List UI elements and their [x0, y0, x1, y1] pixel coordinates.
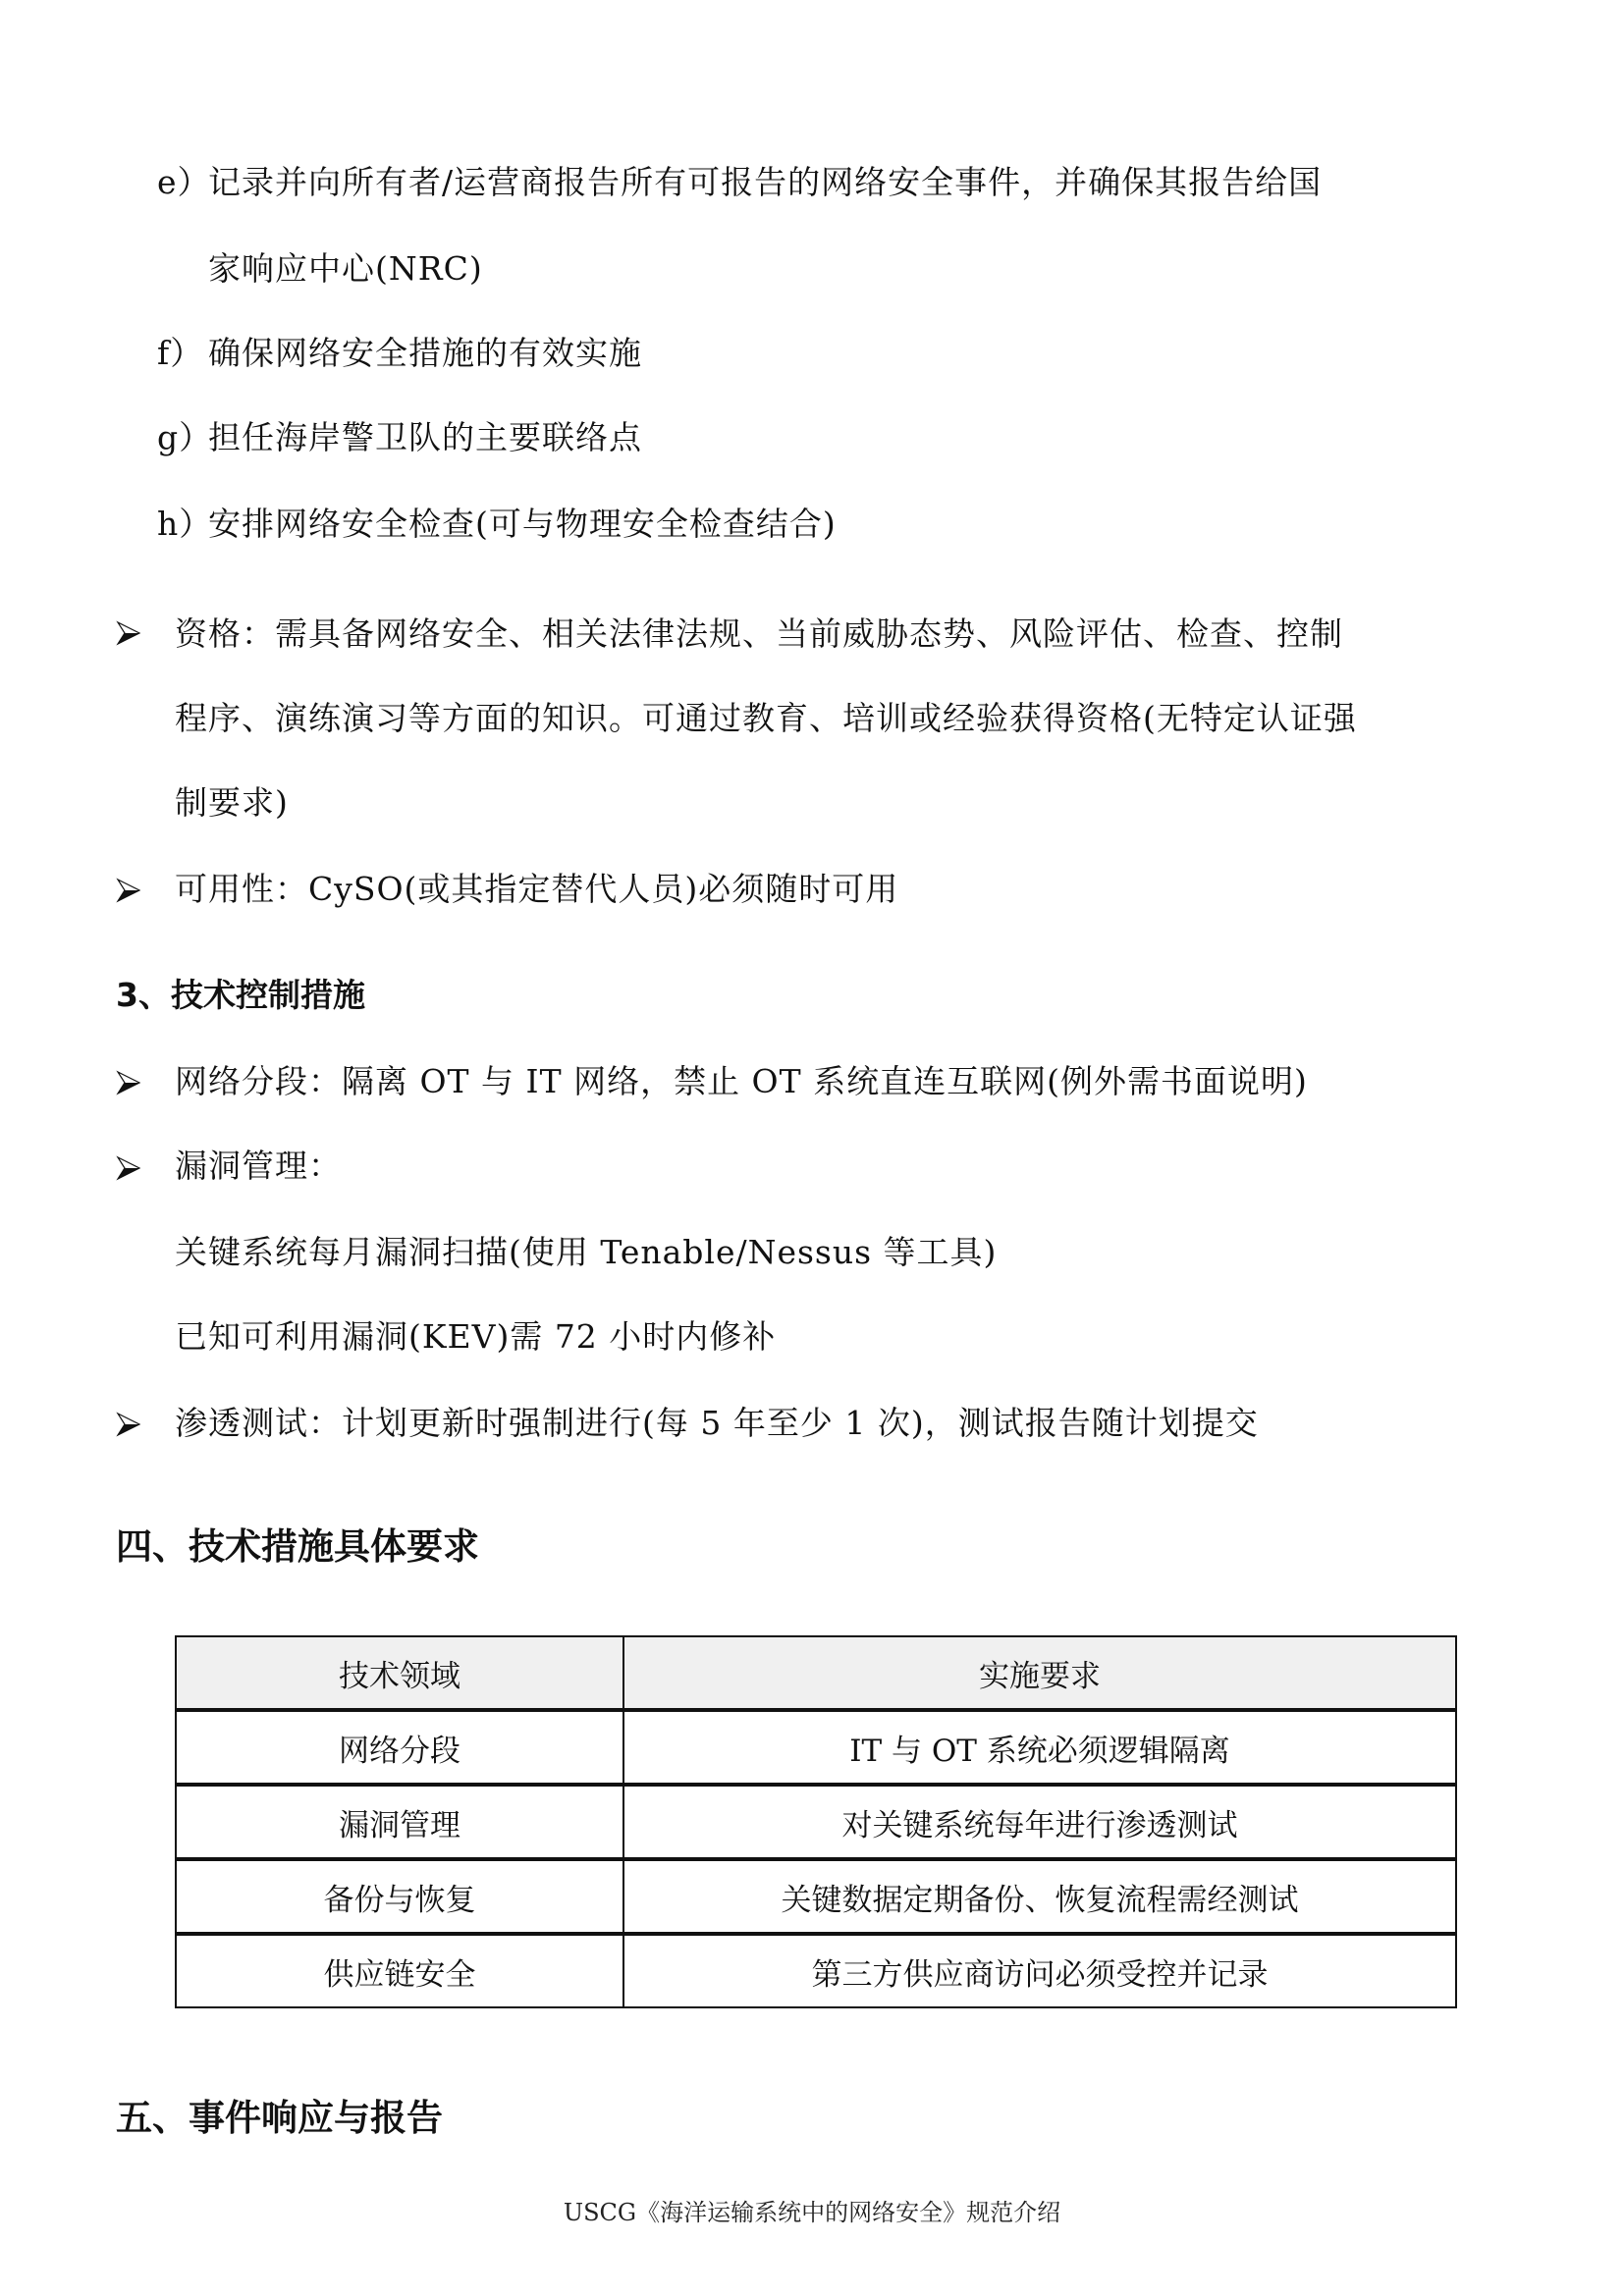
table-header-row: 技术领域 实施要求: [176, 1636, 1456, 1710]
arrow-bullet-icon: [116, 1412, 141, 1437]
sub-item-text: 记录并向所有者/运营商报告所有可报告的网络安全事件，并确保其报告给国: [208, 163, 1322, 201]
page-footer: USCG《海洋运输系统中的网络安全》规范介绍: [0, 2197, 1624, 2228]
section-5-heading: 五、事件响应与报告: [116, 2095, 443, 2142]
bullet-qualification-line-1: 资格：需具备网络安全、相关法律法规、当前威胁态势、风险评估、检查、控制: [175, 613, 1343, 656]
arrow-bullet-icon: [116, 620, 141, 646]
arrow-bullet-icon: [116, 878, 141, 903]
sub-item-h: h）安排网络安全检查(可与物理安全检查结合): [157, 503, 837, 546]
arrow-bullet-icon: [116, 1155, 141, 1181]
table-header-requirement: 实施要求: [623, 1636, 1456, 1710]
table-cell-requirement: IT 与 OT 系统必须逻辑隔离: [623, 1710, 1456, 1785]
requirements-table: 技术领域 实施要求 网络分段 IT 与 OT 系统必须逻辑隔离 漏洞管理 对关键…: [175, 1635, 1457, 2008]
sub-item-label: f）: [157, 332, 208, 375]
sub-item-label: e）: [157, 161, 208, 204]
section-3-heading: 3、技术控制措施: [116, 974, 365, 1017]
table-row: 漏洞管理 对关键系统每年进行渗透测试: [176, 1785, 1456, 1859]
bullet-qualification-line-2: 程序、演练演习等方面的知识。可通过教育、培训或经验获得资格(无特定认证强: [175, 697, 1357, 740]
sub-item-e: e）记录并向所有者/运营商报告所有可报告的网络安全事件，并确保其报告给国: [157, 161, 1322, 204]
table-cell-requirement: 对关键系统每年进行渗透测试: [623, 1785, 1456, 1859]
table-cell-domain: 供应链安全: [176, 1934, 623, 2007]
table-cell-domain: 网络分段: [176, 1710, 623, 1785]
sub-item-text: 安排网络安全检查(可与物理安全检查结合): [208, 505, 837, 543]
vuln-sub-line-1: 关键系统每月漏洞扫描(使用 Tenable/Nessus 等工具): [175, 1231, 997, 1274]
table-row: 供应链安全 第三方供应商访问必须受控并记录: [176, 1934, 1456, 2007]
table-row: 备份与恢复 关键数据定期备份、恢复流程需经测试: [176, 1859, 1456, 1934]
section-4-heading: 四、技术措施具体要求: [116, 1523, 479, 1571]
bullet-network-segmentation: 网络分段：隔离 OT 与 IT 网络，禁止 OT 系统直连互联网(例外需书面说明…: [175, 1060, 1308, 1103]
document-page: e）记录并向所有者/运营商报告所有可报告的网络安全事件，并确保其报告给国 家响应…: [0, 0, 1624, 2296]
table-row: 网络分段 IT 与 OT 系统必须逻辑隔离: [176, 1710, 1456, 1785]
sub-item-f: f）确保网络安全措施的有效实施: [157, 332, 642, 375]
table-cell-requirement: 关键数据定期备份、恢复流程需经测试: [623, 1859, 1456, 1934]
sub-item-e-continuation: 家响应中心(NRC): [208, 247, 483, 291]
bullet-penetration-testing: 渗透测试：计划更新时强制进行(每 5 年至少 1 次)，测试报告随计划提交: [175, 1402, 1259, 1445]
sub-item-text: 确保网络安全措施的有效实施: [208, 334, 642, 372]
table-cell-domain: 备份与恢复: [176, 1859, 623, 1934]
table-cell-domain: 漏洞管理: [176, 1785, 623, 1859]
bullet-qualification-line-3: 制要求): [175, 781, 289, 825]
sub-item-g: g）担任海岸警卫队的主要联络点: [157, 416, 642, 459]
bullet-availability: 可用性：CySO(或其指定替代人员)必须随时可用: [175, 868, 898, 911]
arrow-bullet-icon: [116, 1070, 141, 1095]
bullet-vulnerability-management: 漏洞管理：: [175, 1145, 342, 1188]
sub-item-text: 担任海岸警卫队的主要联络点: [208, 418, 642, 456]
table-header-domain: 技术领域: [176, 1636, 623, 1710]
sub-item-label: h）: [157, 503, 208, 546]
vuln-sub-line-2: 已知可利用漏洞(KEV)需 72 小时内修补: [175, 1315, 776, 1359]
sub-item-label: g）: [157, 416, 208, 459]
table-cell-requirement: 第三方供应商访问必须受控并记录: [623, 1934, 1456, 2007]
